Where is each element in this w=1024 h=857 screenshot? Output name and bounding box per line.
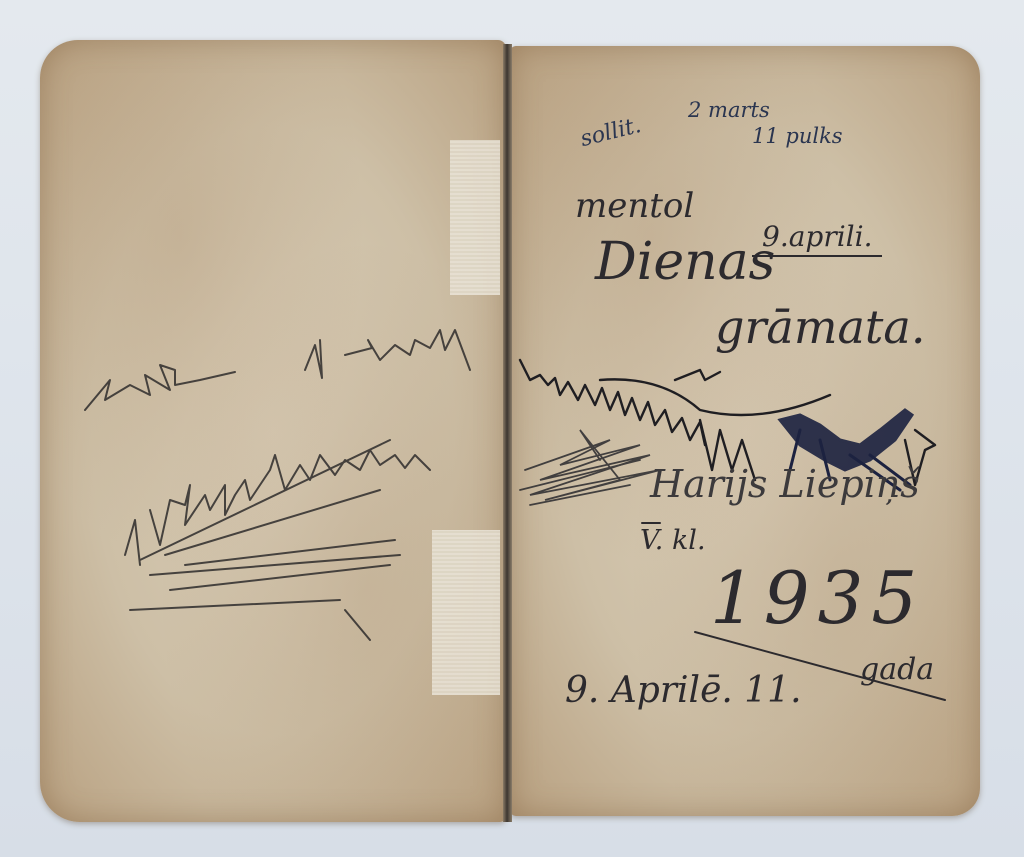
note-time: 11 pulks [752, 124, 843, 148]
title-dienas: Dienas [595, 232, 775, 292]
note-date-marts: 2 marts [688, 98, 770, 122]
year-suffix: gada [860, 652, 934, 687]
note-mentol: mentol [575, 186, 694, 226]
class-label: V. kl. [640, 525, 706, 556]
ink-scribbles [0, 0, 1024, 857]
year: 1935 [710, 556, 925, 640]
bottom-date: 9. Aprilē. 11. [565, 670, 802, 711]
notebook-photo: sollit. 2 marts 11 pulks mentol 9.aprili… [0, 0, 1024, 857]
title-gramata: grāmata. [715, 300, 925, 354]
owner-name: Harijs Liepiņš [650, 462, 920, 506]
